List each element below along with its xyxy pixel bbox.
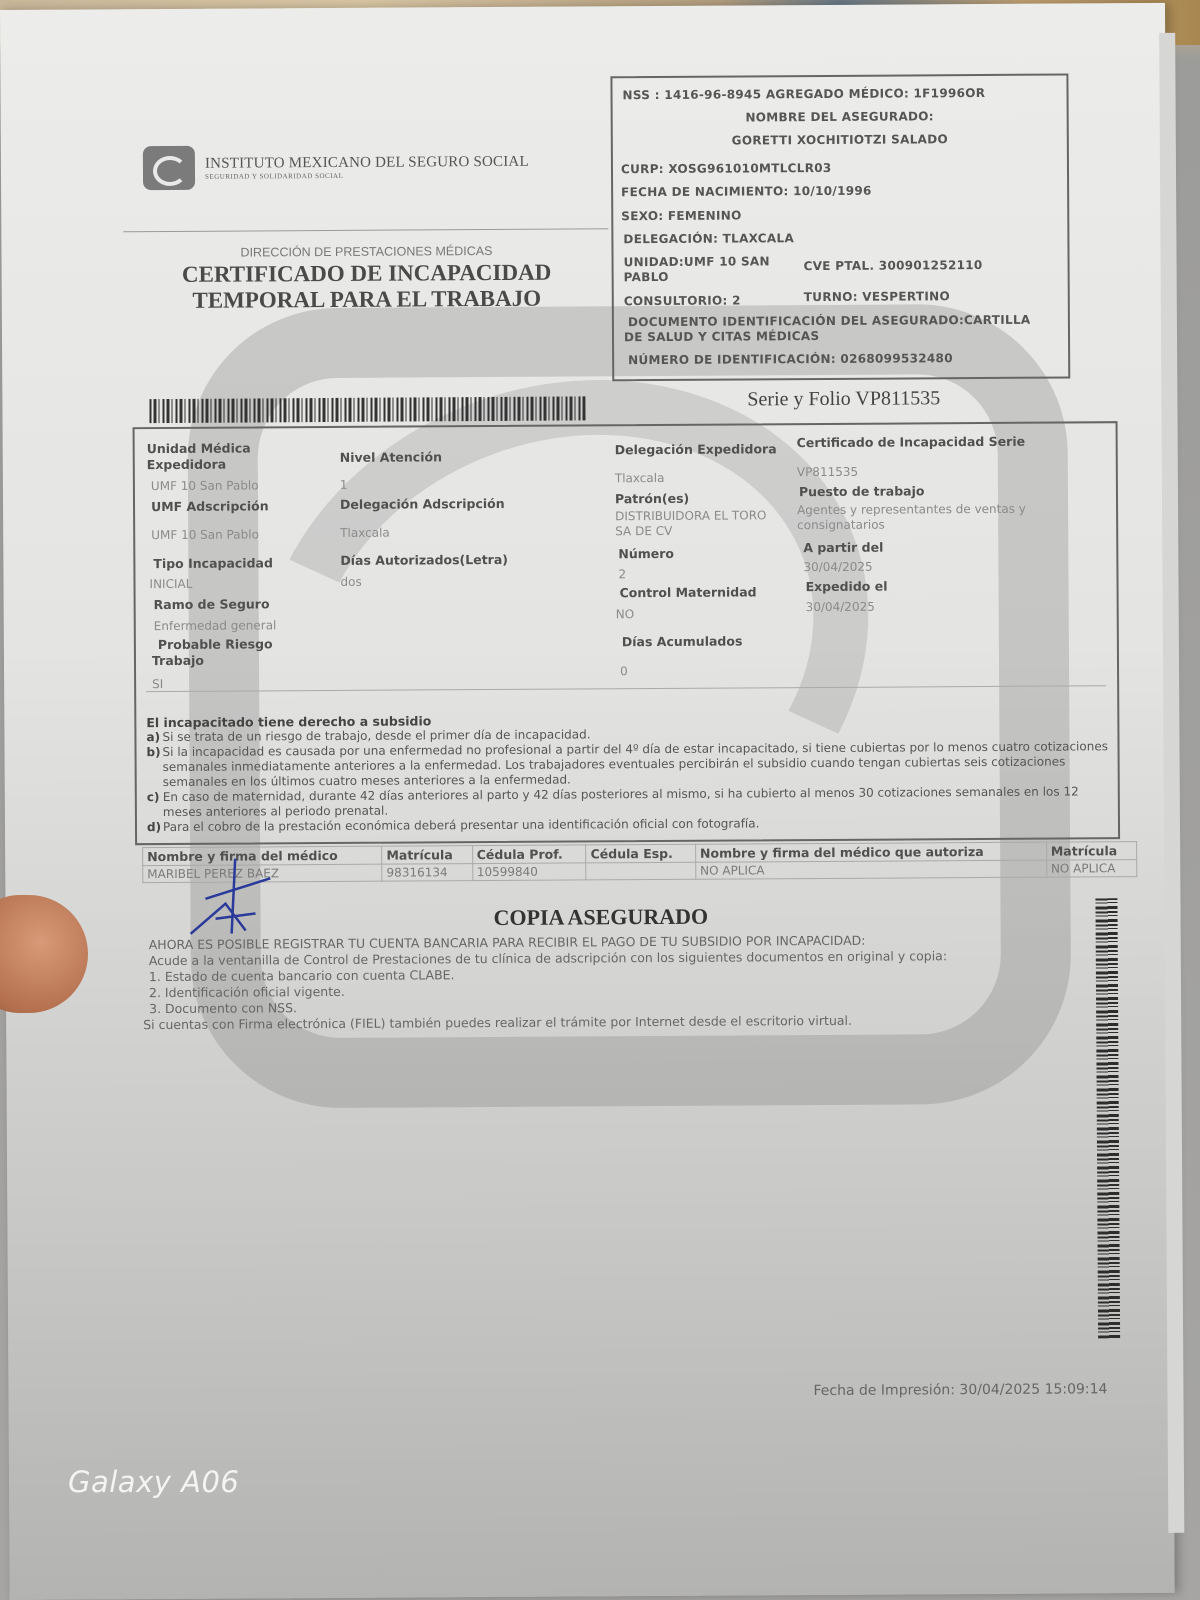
delegacion-exp-value: Tlaxcala [615,471,665,486]
subsidy-rights: El incapacitado tiene derecho a subsidio… [146,709,1112,835]
institution-motto: SEGURIDAD Y SOLIDARIDAD SOCIAL [205,170,529,180]
certificate-title: CERTIFICADO DE INCAPACIDAD TEMPORAL PARA… [132,259,602,314]
institution-name: INSTITUTO MEXICANO DEL SEGURO SOCIAL [205,153,529,172]
curp: CURP: XOSG961010MTLCLR03 [621,161,832,176]
title-line-2: TEMPORAL PARA EL TRABAJO [132,285,602,314]
document-id: DOCUMENTO IDENTIFICACIÓN DEL ASEGURADO:C… [624,313,1031,345]
doctor-cedula-esp [586,862,695,880]
birth-date: FECHA DE NACIMIENTO: 10/10/1996 [621,184,872,200]
expedido-value: 30/04/2025 [806,600,875,615]
unidad-medica-value: UMF 10 San Pablo [151,478,259,494]
header-authorizing-doctor: Nombre y firma del médico que autoriza [695,842,1046,862]
deleg-adscripcion-label: Delegación Adscripción [340,496,505,513]
subsidy-item: b)Si la incapacidad es causada por una e… [146,739,1111,790]
print-date: Fecha de Impresión: 30/04/2025 15:09:14 [813,1381,1107,1399]
copy-type-label: COPIA ASEGURADO [493,904,708,931]
header-divider [123,228,608,232]
nivel-label: Nivel Atención [340,449,442,466]
imss-eagle-icon [143,146,195,190]
insured-name: GORETTI XOCHITIOTZI SALADO [613,131,1067,148]
doctor-matricula: 98316134 [382,864,472,882]
doctor-signature [185,858,276,949]
numero-value: 2 [618,567,626,582]
unidad: UNIDAD:UMF 10 SANPABLO [624,254,770,285]
patron-value: DISTRIBUIDORA EL TOROSA DE CV [615,508,767,539]
puesto-value: Agentes y representantes de ventas ycons… [797,502,1026,533]
dias-autorizados-value: dos [340,575,361,590]
authorizing-matricula: NO APLICA [1046,860,1136,878]
insured-name-label: NOMBRE DEL ASEGURADO: [613,108,1067,125]
apartir-value: 30/04/2025 [803,560,872,575]
riesgo-value: SI [152,677,163,692]
id-number: NÚMERO DE IDENTIFICACIÓN: 0268099532480 [628,351,953,367]
delegacion: DELEGACIÓN: TLAXCALA [623,231,794,246]
barcode-vertical [1095,898,1120,1338]
expedido-label: Expedido el [805,579,887,596]
header-cedula-esp: Cédula Esp. [586,844,695,863]
camera-watermark: Galaxy A06 [68,1465,239,1499]
patron-label: Patrón(es) [615,491,689,507]
sex: SEXO: FEMENINO [621,208,741,223]
header-matricula-auth: Matrícula [1046,842,1136,861]
consultorio: CONSULTORIO: 2 [624,293,741,308]
header-matricula: Matrícula [382,846,472,865]
nivel-value: 1 [340,478,348,493]
tipo-value: INICIAL [149,577,192,592]
bank-account-notice: AHORA ES POSIBLE REGISTRAR TU CUENTA BAN… [149,932,1050,1033]
cve-ptal: CVE PTAL. 300901252110 [804,258,983,273]
delegacion-exp-label: Delegación Expedidora [615,441,777,458]
unidad-medica-label: Unidad Médica Expedidora [147,440,297,473]
imss-logo: INSTITUTO MEXICANO DEL SEGURO SOCIAL SEG… [143,144,529,190]
umf-adscripcion-label: UMF Adscripción [151,498,269,515]
certificate-document: INSTITUTO MEXICANO DEL SEGURO SOCIAL SEG… [0,3,1175,1600]
control-maternidad-value: NO [616,607,635,622]
header-cedula-prof: Cédula Prof. [472,845,586,864]
doctor-cedula-prof: 10599840 [472,863,586,881]
ramo-value: Enfermedad general [154,618,277,634]
title-line-1: CERTIFICADO DE INCAPACIDAD [132,259,602,288]
umf-adscripcion-value: UMF 10 San Pablo [151,527,259,543]
ramo-label: Ramo de Seguro [154,596,270,613]
numero-label: Número [618,546,674,562]
incapacity-details-box: Unidad Médica Expedidora UMF 10 San Pabl… [133,421,1121,845]
authorizing-doctor: NO APLICA [696,860,1047,879]
direction-label: DIRECCIÓN DE PRESTACIONES MÉDICAS [131,243,601,260]
doctor-table: Nombre y firma del médico Matrícula Cédu… [142,841,1137,883]
deleg-adscripcion-value: Tlaxcala [340,526,390,541]
dias-acumulados-label: Días Acumulados [622,633,743,650]
dias-acumulados-value: 0 [620,664,628,679]
turno: TURNO: VESPERTINO [804,289,950,304]
barcode-horizontal [149,396,585,423]
subsidy-item: c)En caso de maternidad, durante 42 días… [147,784,1112,820]
cert-serie-label: Certificado de Incapacidad Serie [797,434,1026,451]
paper-stack-edge [1159,33,1184,1533]
nss-line: NSS : 1416-96-8945 AGREGADO MÉDICO: 1F19… [622,86,985,102]
apartir-label: A partir del [803,540,883,556]
riesgo-label: Probable RiesgoTrabajo [158,636,273,669]
section-divider [146,685,1106,692]
tipo-label: Tipo Incapacidad [153,555,273,572]
control-maternidad-label: Control Maternidad [620,584,757,601]
serie-folio: Serie y Folio VP811535 [747,387,940,411]
patient-info-box: NSS : 1416-96-8945 AGREGADO MÉDICO: 1F19… [610,73,1070,381]
cert-serie-value: VP811535 [797,465,858,480]
puesto-label: Puesto de trabajo [799,483,925,500]
dias-autorizados-label: Días Autorizados(Letra) [340,552,508,569]
